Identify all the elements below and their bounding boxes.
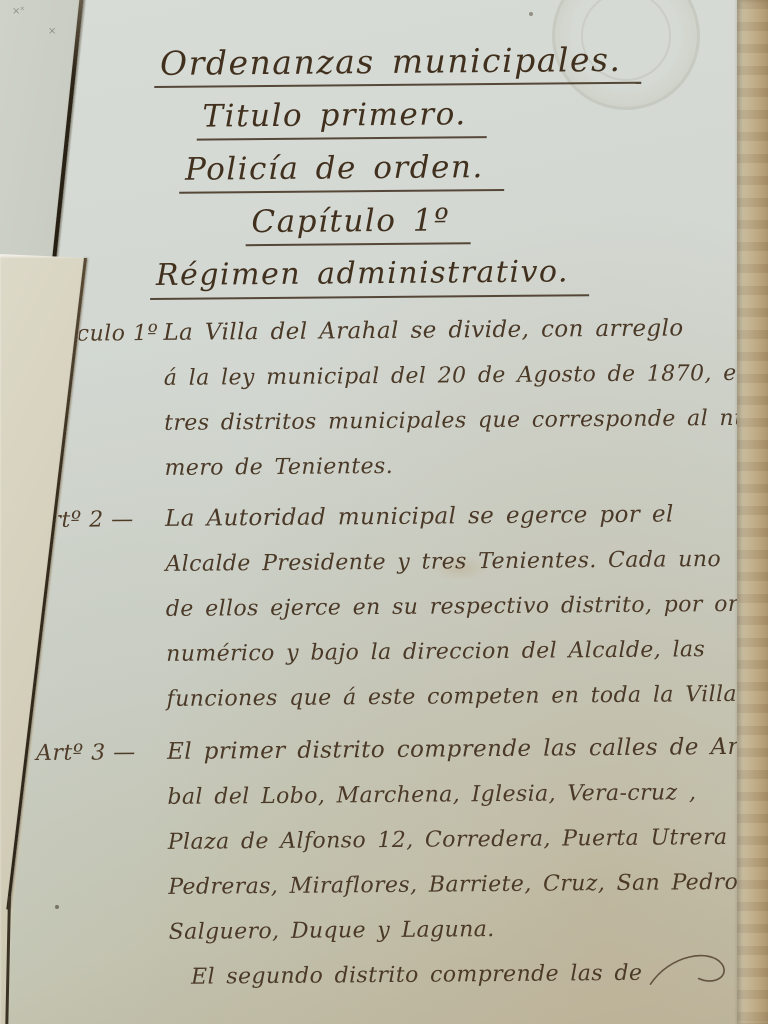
- article-line: Salguero, Duque y Laguna.: [168, 905, 768, 955]
- article-3-label: Artº 3 —: [36, 730, 136, 776]
- heading-block: Ordenanzas municipales. Titulo primero. …: [0, 0, 766, 301]
- manuscript-text: Ordenanzas municipales. Titulo primero. …: [0, 0, 768, 1024]
- title-heading: Titulo primero.: [196, 94, 764, 141]
- article-line: Pedreras, Miraflores, Barriete, Cruz, Sa…: [168, 860, 768, 910]
- body-text: Artículo 1º La Villa del Arahal se divid…: [0, 306, 768, 1002]
- article-line: La Autoridad municipal se egerce por el: [165, 492, 768, 542]
- article-line: tres distritos municipales que correspon…: [164, 396, 767, 446]
- document-title: Ordenanzas municipales.: [154, 41, 764, 88]
- article-line: numérico y bajo la direccion del Alcalde…: [166, 627, 768, 677]
- article-line: bal del Lobo, Marchena, Iglesia, Vera-cr…: [167, 770, 768, 820]
- pen-flourish: [648, 952, 744, 995]
- article-line: de ellos ejerce en su respectivo distrit…: [166, 582, 768, 632]
- subsection-heading: Régimen administrativo.: [150, 253, 766, 300]
- pencil-mark: ×: [48, 26, 56, 37]
- chapter-heading: Capítulo 1º: [245, 200, 765, 247]
- manuscript-photo: Ordenanzas municipales. Titulo primero. …: [0, 0, 768, 1024]
- article-line: La Villa del Arahal se divide, con arreg…: [163, 306, 766, 356]
- article-line: El primer distrito comprende las calles …: [167, 725, 768, 775]
- article-line: mero de Tenientes.: [164, 441, 767, 491]
- article-line: Alcalde Presidente y tres Tenientes. Cad…: [165, 537, 768, 587]
- continuation-line: El segundo distrito comprende las de: [191, 950, 768, 1000]
- article-2: Artº 2 — La Autoridad municipal se egerc…: [0, 492, 768, 724]
- article-1: Artículo 1º La Villa del Arahal se divid…: [0, 306, 768, 493]
- article-3: Artº 3 — El primer distrito comprende la…: [2, 725, 768, 1002]
- section-heading: Policía de orden.: [179, 147, 765, 194]
- pencil-mark: ×˟: [12, 6, 24, 17]
- stacked-page-edges: [737, 0, 768, 1024]
- article-line: funciones que á este competen en toda la…: [166, 672, 768, 722]
- article-line: á la ley municipal del 20 de Agosto de 1…: [164, 351, 767, 401]
- article-line: Plaza de Alfonso 12, Corredera, Puerta U…: [168, 815, 768, 865]
